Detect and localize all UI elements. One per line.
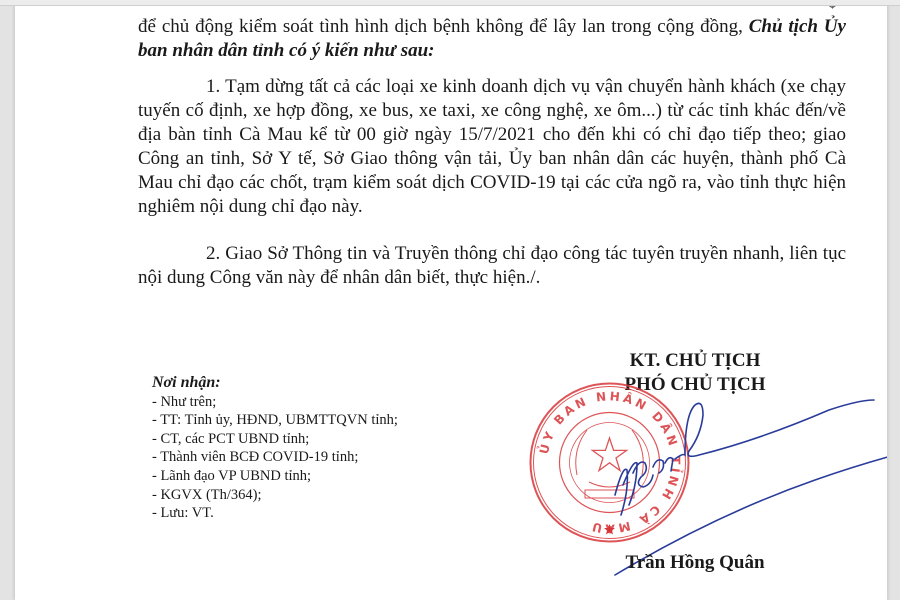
document-page: ⌖ để chủ động kiểm soát tình hình dịch b… — [15, 5, 887, 600]
recipient-item: - TT: Tỉnh ủy, HĐND, UBMTTQVN tỉnh; — [152, 411, 472, 430]
viewer-top-bar — [0, 0, 900, 6]
recipient-item: - Lãnh đạo VP UBND tỉnh; — [152, 467, 472, 486]
recipient-item: - CT, các PCT UBND tỉnh; — [152, 430, 472, 449]
recipient-item: - Như trên; — [152, 393, 472, 412]
directive-item-2: 2. Giao Sở Thông tin và Truyền thông chỉ… — [138, 242, 846, 290]
recipient-item: - Thành viên BCĐ COVID-19 tỉnh; — [152, 448, 472, 467]
recipient-item: - KGVX (Th/364); — [152, 486, 472, 505]
recipients-block: Nơi nhận: - Như trên;- TT: Tỉnh ủy, HĐND… — [152, 374, 472, 523]
document-body: để chủ động kiểm soát tình hình dịch bện… — [138, 15, 846, 290]
directive-item-1: 1. Tạm dừng tất cả các loại xe kinh doan… — [138, 75, 846, 219]
recipient-item: - Lưu: VT. — [152, 504, 472, 523]
recipients-heading: Nơi nhận: — [152, 374, 472, 393]
signature-title-line1: KT. CHỦ TỊCH — [610, 349, 780, 373]
recipients-list: - Như trên;- TT: Tỉnh ủy, HĐND, UBMTTQVN… — [152, 393, 472, 523]
intro-text: để chủ động kiểm soát tình hình dịch bện… — [138, 16, 749, 37]
signer-name: Trần Hồng Quân — [610, 552, 780, 574]
cursor-icon: ⌖ — [829, 5, 839, 12]
intro-paragraph: để chủ động kiểm soát tình hình dịch bện… — [138, 15, 846, 63]
